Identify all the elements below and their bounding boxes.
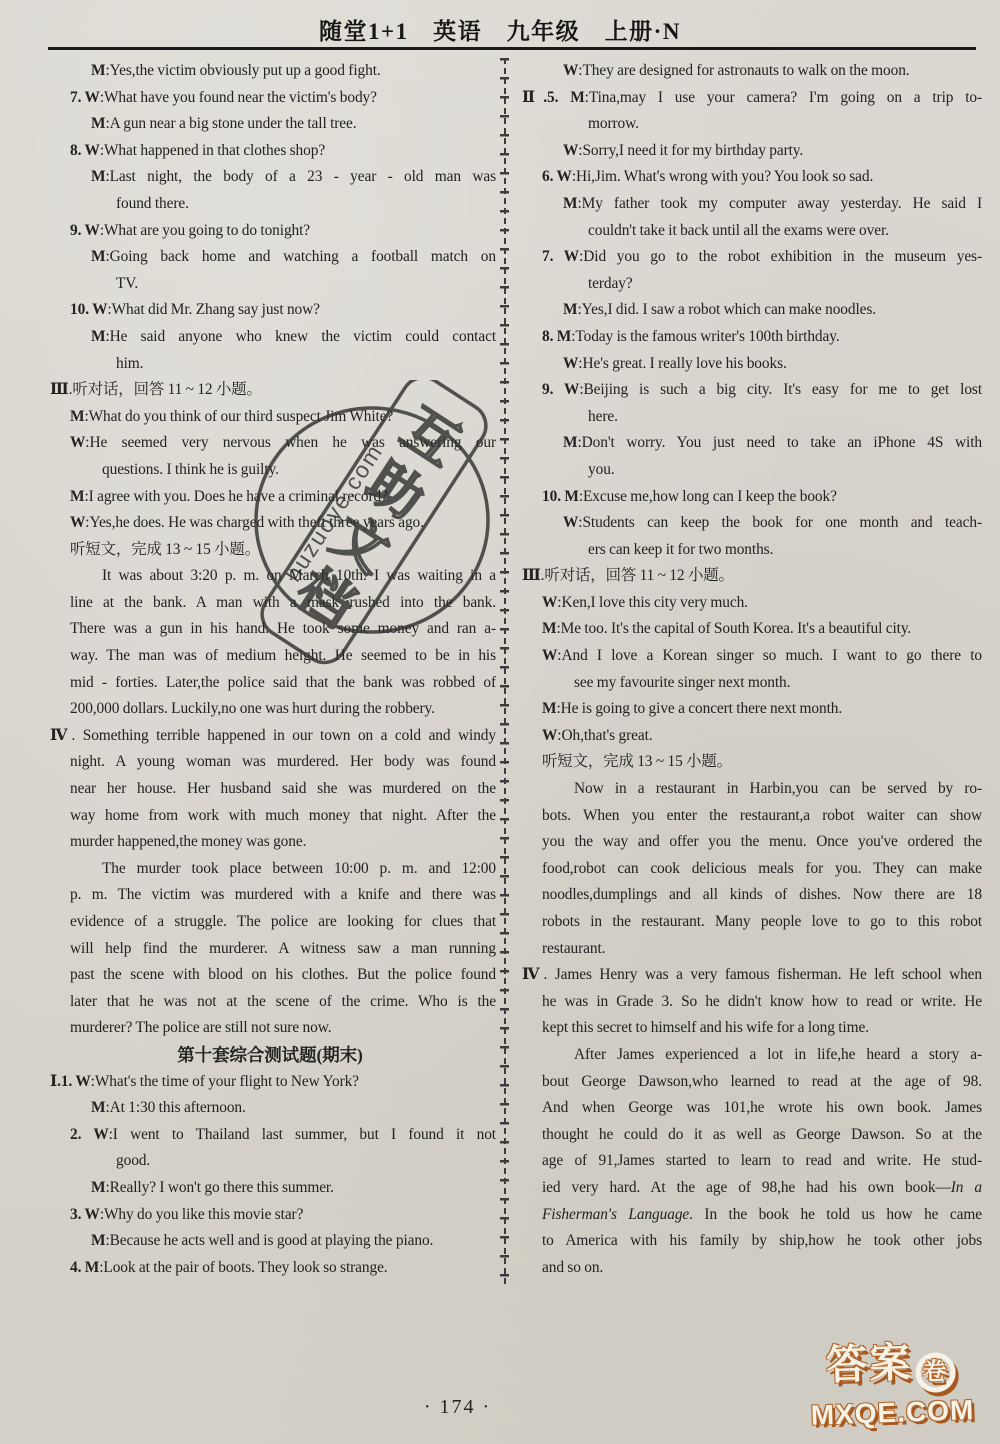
text-line: M:He said anyone who knew the victim cou… bbox=[44, 324, 496, 351]
text-line: 3. W:Why do you like this movie star? bbox=[44, 1202, 496, 1229]
text-line: Ⅱ.5. M:Tina,may I use your camera? I'm g… bbox=[516, 85, 982, 112]
text-line: 8. W:What happened in that clothes shop? bbox=[44, 138, 496, 165]
column-divider bbox=[500, 58, 509, 1284]
text-line: 4. M:Look at the pair of boots. They loo… bbox=[44, 1255, 496, 1282]
text-line: M:A gun near a big stone under the tall … bbox=[44, 111, 496, 138]
text-line: age of 91,James started to learn to read… bbox=[516, 1148, 982, 1175]
text-line: 8. M:Today is the famous writer's 100th … bbox=[516, 324, 982, 351]
text-line: Now in a restaurant in Harbin,you can be… bbox=[516, 776, 982, 803]
text-line: M:Going back home and watching a footbal… bbox=[44, 244, 496, 271]
text-line: W:Ken,I love this city very much. bbox=[516, 590, 982, 617]
text-line: evidence of a struggle. The police are l… bbox=[44, 909, 496, 936]
text-line: ied very hard. At the age of 98,he had h… bbox=[516, 1175, 982, 1202]
text-line: 7. W:Did you go to the robot exhibition … bbox=[516, 244, 982, 271]
text-line: night. A young woman was murdered. Her b… bbox=[44, 749, 496, 776]
text-line: robots in the restaurant. Many people lo… bbox=[516, 909, 982, 936]
text-line: M:At 1:30 this afternoon. bbox=[44, 1095, 496, 1122]
header-rule bbox=[48, 47, 976, 50]
text-line: bots. When you enter the restaurant,a ro… bbox=[516, 803, 982, 830]
page-title: 随堂1+1 英语 九年级 上册·N bbox=[0, 13, 1000, 46]
text-line: M:Yes,I did. I saw a robot which can mak… bbox=[516, 297, 982, 324]
text-line: M:He is going to give a concert there ne… bbox=[516, 696, 982, 723]
text-line: bout George Dawson,who learned to read a… bbox=[516, 1069, 982, 1096]
text-line: Ⅳ. Something terrible happened in our to… bbox=[44, 723, 496, 750]
text-line: thought he could do it as well as George… bbox=[516, 1122, 982, 1149]
text-line: M:Really? I won't go there this summer. bbox=[44, 1175, 496, 1202]
text-line: W:He's great. I really love his books. bbox=[516, 351, 982, 378]
text-line: restaurant. bbox=[516, 936, 982, 963]
text-line: W:Students can keep the book for one mon… bbox=[516, 510, 982, 537]
text-line: M:Me too. It's the capital of South Kore… bbox=[516, 616, 982, 643]
text-line: TV. bbox=[44, 271, 496, 298]
text-line: couldn't take it back until all the exam… bbox=[516, 218, 982, 245]
text-line: After James experienced a lot in life,he… bbox=[516, 1042, 982, 1069]
text-line: 7. W:What have you found near the victim… bbox=[44, 85, 496, 112]
text-line: W:And I love a Korean singer so much. I … bbox=[516, 643, 982, 670]
text-line: And when George was 101,he wrote his own… bbox=[516, 1095, 982, 1122]
text-line: later that he was not at the scene of th… bbox=[44, 989, 496, 1016]
text-line: found there. bbox=[44, 191, 496, 218]
text-line: W:Oh,that's great. bbox=[516, 723, 982, 750]
text-line: past the scene with blood on his clothes… bbox=[44, 962, 496, 989]
text-line: will help find the murderer. A witness s… bbox=[44, 936, 496, 963]
text-line: ers can keep it for two months. bbox=[516, 537, 982, 564]
text-line: p. m. The victim was murdered with a kni… bbox=[44, 882, 496, 909]
text-line: kept this secret to himself and his wife… bbox=[516, 1015, 982, 1042]
text-line: The murder took place between 10:00 p. m… bbox=[44, 856, 496, 883]
text-line: 6. W:Hi,Jim. What's wrong with you? You … bbox=[516, 164, 982, 191]
text-line: Ⅲ.听对话，回答 11 ~ 12 小题。 bbox=[516, 563, 982, 590]
page-number: · 174 · bbox=[0, 1396, 915, 1419]
text-line: he was in Grade 3. So he didn't know how… bbox=[516, 989, 982, 1016]
text-line: 2. W:I went to Thailand last summer, but… bbox=[44, 1122, 496, 1149]
logo-circle-badge: 卷 bbox=[915, 1352, 956, 1393]
text-line: murderer? The police are still not sure … bbox=[44, 1015, 496, 1042]
text-line: good. bbox=[44, 1148, 496, 1175]
text-line: near her house. Her husband said she was… bbox=[44, 776, 496, 803]
text-line: him. bbox=[44, 351, 496, 378]
text-line: terday? bbox=[516, 271, 982, 298]
text-line: Fisherman's Language. In the book he tol… bbox=[516, 1202, 982, 1229]
text-line: you. bbox=[516, 457, 982, 484]
text-line: M:Because he acts well and is good at pl… bbox=[44, 1228, 496, 1255]
logo-characters: 答案 bbox=[825, 1339, 913, 1388]
site-logo: 答案卷 MXQE.COM bbox=[788, 1338, 996, 1430]
text-line: way home from work with much money that … bbox=[44, 803, 496, 830]
text-line: M:Last night, the body of a 23 - year - … bbox=[44, 164, 496, 191]
text-line: food,robot can cook delicious meals for … bbox=[516, 856, 982, 883]
text-line: 9. W:Beijing is such a big city. It's ea… bbox=[516, 377, 982, 404]
column-right: W:They are designed for astronauts to wa… bbox=[516, 58, 982, 1281]
text-line: Ⅰ.1. W:What's the time of your flight to… bbox=[44, 1069, 496, 1096]
text-line: 200,000 dollars. Luckily,no one was hurt… bbox=[44, 696, 496, 723]
text-line: morrow. bbox=[516, 111, 982, 138]
text-line: 10. M:Excuse me,how long can I keep the … bbox=[516, 484, 982, 511]
text-line: murder happened,the money was gone. bbox=[44, 829, 496, 856]
logo-url: MXQE.COM bbox=[790, 1394, 996, 1431]
text-line: you the way and offer you the menu. Once… bbox=[516, 829, 982, 856]
text-line: see my favourite singer next month. bbox=[516, 670, 982, 697]
text-line: 9. W:What are you going to do tonight? bbox=[44, 218, 496, 245]
text-line: and so on. bbox=[516, 1255, 982, 1282]
text-line: 第十套综合测试题(期末) bbox=[44, 1042, 496, 1069]
text-line: M:Don't worry. You just need to take an … bbox=[516, 430, 982, 457]
text-line: M:My father took my computer away yester… bbox=[516, 191, 982, 218]
text-line: 听短文，完成 13 ~ 15 小题。 bbox=[516, 749, 982, 776]
text-line: Ⅳ. James Henry was a very famous fisherm… bbox=[516, 962, 982, 989]
stamp-watermark: 互 助 文 档 huzuoye.com bbox=[248, 380, 500, 665]
column-left: M:Yes,the victim obviously put up a good… bbox=[44, 58, 496, 1281]
logo-text: 答案卷 bbox=[788, 1338, 995, 1397]
text-line: W:They are designed for astronauts to wa… bbox=[516, 58, 982, 85]
text-line: 10. W:What did Mr. Zhang say just now? bbox=[44, 297, 496, 324]
scanned-answer-page: 随堂1+1 英语 九年级 上册·N M:Yes,the victim obvio… bbox=[0, 0, 1000, 1444]
text-line: here. bbox=[516, 404, 982, 431]
text-line: mid - forties. Later,the police said tha… bbox=[44, 670, 496, 697]
text-line: to America with his family by ship,how h… bbox=[516, 1228, 982, 1255]
text-line: noodles,dumplings and all kinds of dishe… bbox=[516, 882, 982, 909]
text-line: W:Sorry,I need it for my birthday party. bbox=[516, 138, 982, 165]
text-line: M:Yes,the victim obviously put up a good… bbox=[44, 58, 496, 85]
